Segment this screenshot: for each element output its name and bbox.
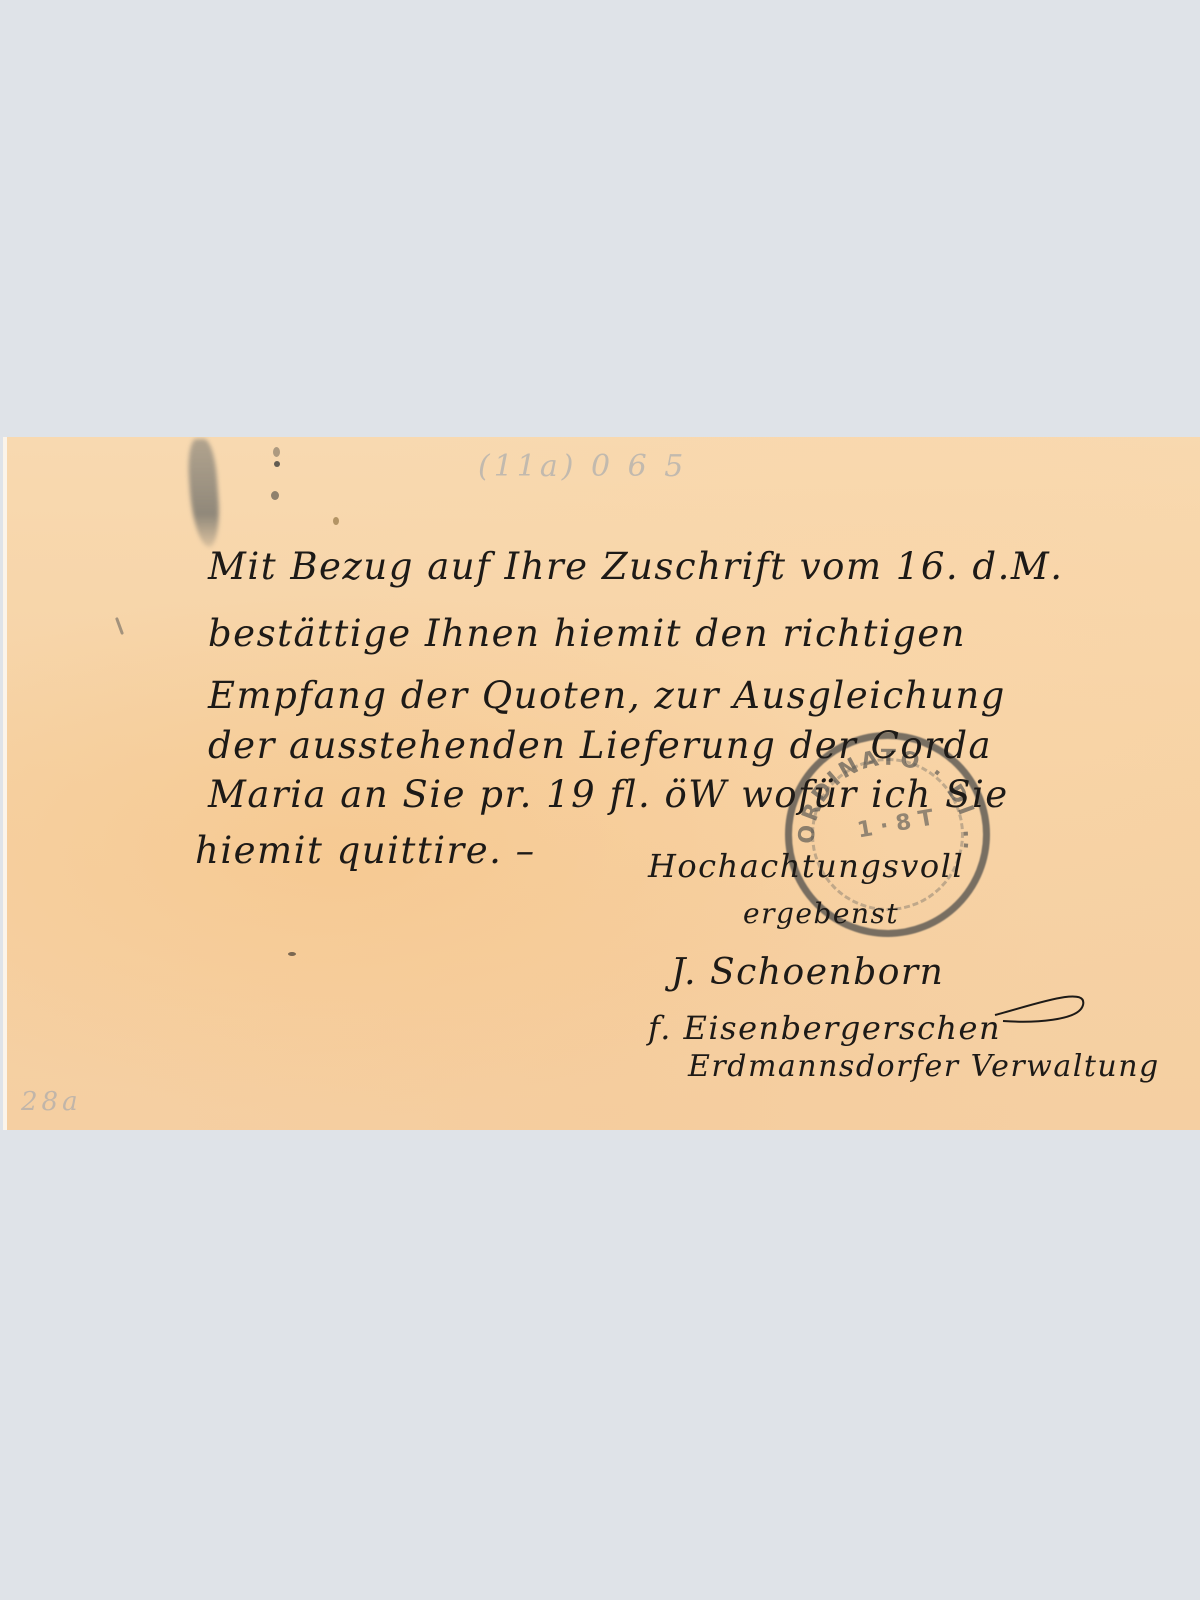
closing-complimentary: ergebenst	[743, 897, 899, 930]
closing-salutation: Hochachtungsvoll	[648, 847, 964, 885]
signature: J. Schoenborn	[671, 952, 944, 993]
office-line-2: Erdmannsdorfer Verwaltung	[688, 1049, 1160, 1084]
postcard-scan: (11a) 0 6 5 28a ORDINATO · DI ... POST 1…	[3, 437, 1200, 1130]
letter-line-1: Mit Bezug auf Ihre Zuschrift vom 16. d.M…	[208, 545, 1063, 588]
archival-mark-bottom: 28a	[21, 1087, 82, 1117]
paper-speck	[115, 617, 124, 635]
ink-specks	[271, 443, 283, 503]
ink-smudge	[186, 439, 222, 547]
card-edge	[3, 437, 7, 1130]
paper-speck	[288, 952, 296, 956]
office-line-1: f. Eisenbergerschen	[648, 1009, 1001, 1047]
letter-line-6: hiemit quittire. –	[195, 829, 536, 872]
archival-mark-top: (11a) 0 6 5	[478, 449, 687, 484]
signature-flourish	[993, 985, 1093, 1035]
document-viewer: (11a) 0 6 5 28a ORDINATO · DI ... POST 1…	[0, 0, 1200, 1600]
letter-line-3: Empfang der Quoten, zur Ausgleichung	[208, 674, 1006, 717]
paper-speck	[333, 517, 339, 525]
letter-line-5: Maria an Sie pr. 19 fl. öW wofür ich Sie	[208, 773, 1009, 816]
letter-line-4: der ausstehenden Lieferung der Corda	[208, 724, 992, 767]
letter-line-2: bestättige Ihnen hiemit den richtigen	[208, 612, 966, 655]
